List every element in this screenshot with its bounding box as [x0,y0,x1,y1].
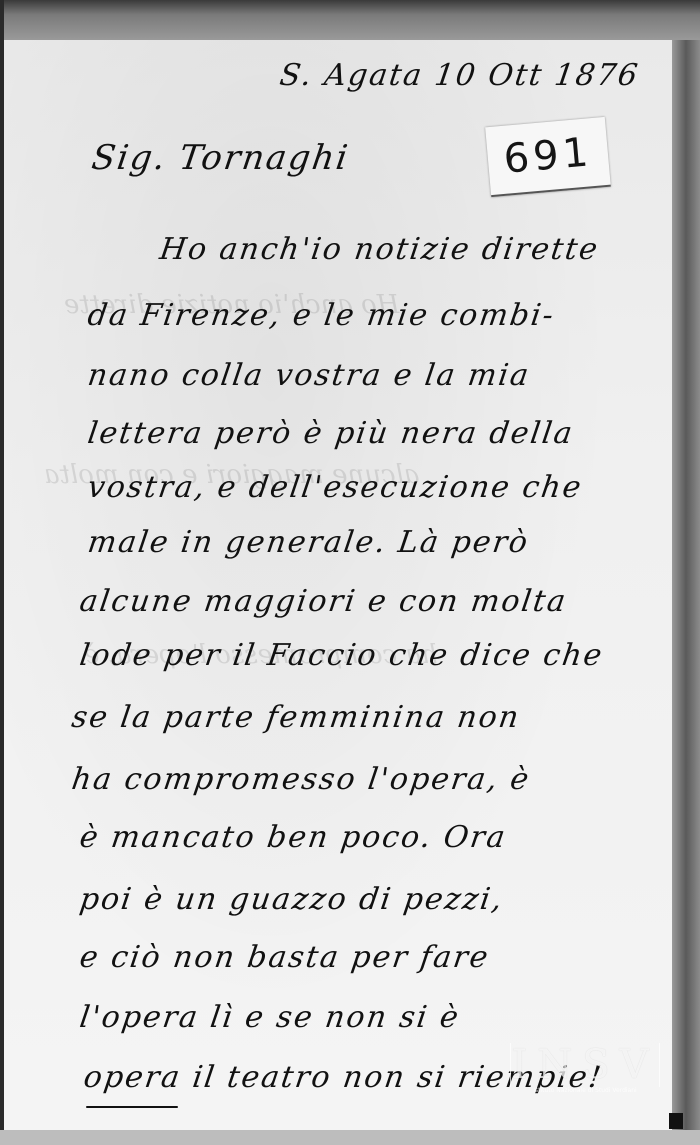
archive-number: 691 [485,117,610,195]
insv-watermark: INSV Istituto Nazionale di Studi Verdian… [510,1043,660,1094]
scan-bottom-edge [0,1130,700,1145]
letter-line: lode per il Faccio che dice che [78,638,606,673]
watermark-subtitle: Istituto Nazionale di Studi Verdiani [510,1087,660,1094]
underline-opera [86,1106,178,1108]
letter-line: male in generale. Là però [86,525,532,560]
letter-line: l'opera lì e se non si è [78,1000,463,1035]
archive-number-label: 691 [485,117,611,197]
letter-line: alcune maggiori e con molta [78,584,570,619]
letter-salutation: Sig. Tornaghi [89,138,352,178]
letter-line: se la parte femminina non [70,700,523,735]
watermark-logo: INSV [510,1043,660,1087]
letter-line: Ho anch'io notizie dirette [158,232,602,267]
letter-line: poi è un guazzo di pezzi, [78,882,506,917]
letter-line: è mancato ben poco. Ora [78,820,510,855]
scan-right-edge [672,40,700,1135]
letter-line: da Firenze, e le mie combi- [86,298,558,333]
letter-line: lettera però è più nera della [86,416,577,451]
letter-line: ha compromesso l'opera, è [70,762,533,797]
letter-line: e ciò non basta per fare [78,940,492,975]
letter-line: vostra, e dell'esecuzione che [86,470,585,505]
scan-top-shadow [0,0,700,42]
letter-line: nano colla vostra e la mia [86,358,533,393]
scan-corner-mark [669,1113,683,1129]
letter-place-date: S. Agata 10 Ott 1876 [278,58,642,93]
